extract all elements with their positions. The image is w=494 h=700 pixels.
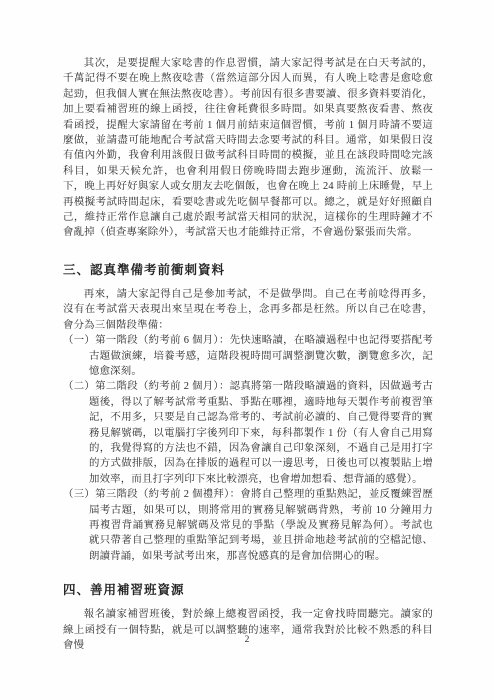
paragraph-study-routine: 其次，是要提醒大家唸書的作息習慣，請大家記得考試是在白天考試的，千萬記得不要在晚… bbox=[63, 56, 433, 241]
page-number: 2 bbox=[0, 635, 494, 645]
section-heading-4: 四、善用補習班資源 bbox=[63, 582, 433, 599]
list-text-2: 第二階段（約考前 2 個月）：認真將第一階段略讀過的資料，因做過考古題後，得以了… bbox=[89, 381, 433, 484]
stage-list: （一）第一階段（約考前 6 個月）：先快速略讀，在略讀過程中也記得要搭配考古題做… bbox=[63, 333, 433, 564]
paragraph-cram-school: 報名讀家補習班後，對於線上總複習函授，我一定會找時間聽完。讀家的線上函授有一個特… bbox=[63, 607, 433, 653]
list-marker-1: （一） bbox=[63, 335, 95, 346]
document-page: 其次，是要提醒大家唸書的作息習慣，請大家記得考試是在白天考試的，千萬記得不要在晚… bbox=[0, 0, 494, 700]
paragraph-three-stage-intro: 再來，請大家記得自己是參加考試，不是做學問。自己在考前唸得再多，沒有在考試當天表… bbox=[63, 287, 433, 333]
list-item-stage-1: （一）第一階段（約考前 6 個月）：先快速略讀，在略讀過程中也記得要搭配考古題做… bbox=[63, 333, 433, 379]
list-item-stage-3: （三）第三階段（約考前 2 個禮拜）：會將自己整理的重點熟記，並反覆練習歷屆考古… bbox=[63, 487, 433, 564]
list-marker-2: （二） bbox=[63, 381, 95, 392]
section-heading-3: 三、認真準備考前衝刺資料 bbox=[63, 262, 433, 279]
list-text-3: 第三階段（約考前 2 個禮拜）：會將自己整理的重點熟記，並反覆練習歷屆考古題，如… bbox=[89, 489, 433, 562]
list-item-stage-2: （二）第二階段（約考前 2 個月）：認真將第一階段略讀過的資料，因做過考古題後，… bbox=[63, 379, 433, 487]
list-text-1: 第一階段（約考前 6 個月）：先快速略讀，在略讀過程中也記得要搭配考古題做演練，… bbox=[89, 335, 433, 377]
list-marker-3: （三） bbox=[63, 489, 95, 500]
